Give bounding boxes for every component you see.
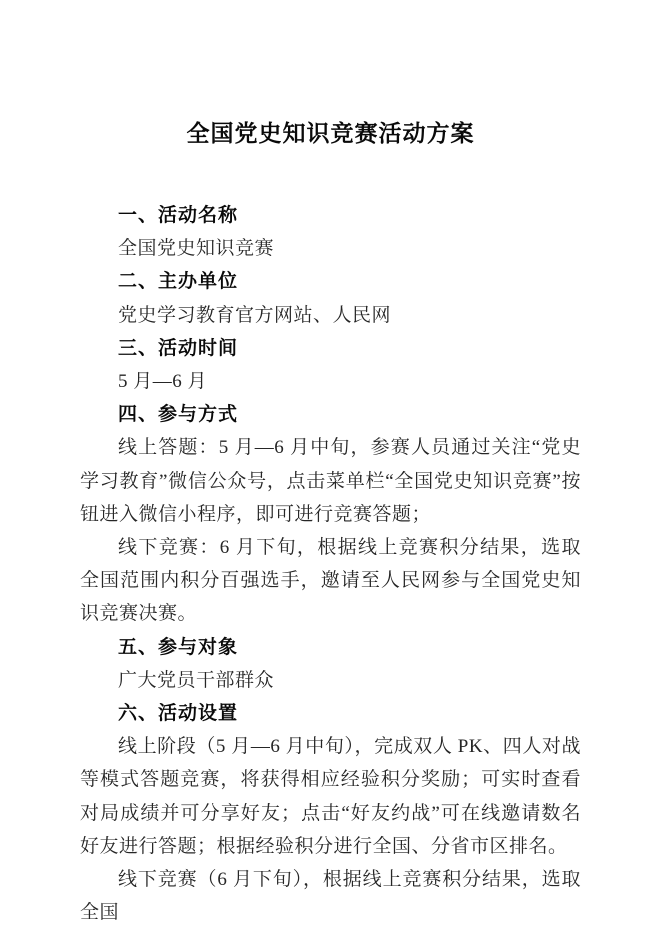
body-paragraph: 全国党史知识竞赛 [80,232,581,265]
section-heading: 三、活动时间 [80,332,581,365]
body-paragraph: 线下竞赛（6 月下旬），根据线上竞赛积分结果，选取全国 [80,863,581,929]
document-title: 全国党史知识竞赛活动方案 [0,116,661,152]
section-activity-time: 三、活动时间 5 月—6 月 [80,332,581,398]
body-paragraph: 5 月—6 月 [80,365,581,398]
section-organizer: 二、主办单位 党史学习教育官方网站、人民网 [80,265,581,331]
body-paragraph: 线下竞赛：6 月下旬，根据线上竞赛积分结果，选取全国范围内积分百强选手，邀请至人… [80,531,581,631]
body-paragraph: 线上答题：5 月—6 月中旬，参赛人员通过关注“党史学习教育”微信公众号，点击菜… [80,431,581,531]
body-paragraph: 线上阶段（5 月—6 月中旬），完成双人 PK、四人对战等模式答题竞赛，将获得相… [80,730,581,863]
section-heading: 六、活动设置 [80,697,581,730]
section-heading: 二、主办单位 [80,265,581,298]
section-heading: 四、参与方式 [80,398,581,431]
section-heading: 五、参与对象 [80,631,581,664]
document-page: 全国党史知识竞赛活动方案 一、活动名称 全国党史知识竞赛 二、主办单位 党史学习… [0,0,661,942]
body-paragraph: 党史学习教育官方网站、人民网 [80,299,581,332]
section-activity-setup: 六、活动设置 线上阶段（5 月—6 月中旬），完成双人 PK、四人对战等模式答题… [80,697,581,929]
section-participation-method: 四、参与方式 线上答题：5 月—6 月中旬，参赛人员通过关注“党史学习教育”微信… [80,398,581,630]
section-activity-name: 一、活动名称 全国党史知识竞赛 [80,199,581,265]
section-participants: 五、参与对象 广大党员干部群众 [80,631,581,697]
body-paragraph: 广大党员干部群众 [80,664,581,697]
document-body: 一、活动名称 全国党史知识竞赛 二、主办单位 党史学习教育官方网站、人民网 三、… [80,199,581,929]
section-heading: 一、活动名称 [80,199,581,232]
